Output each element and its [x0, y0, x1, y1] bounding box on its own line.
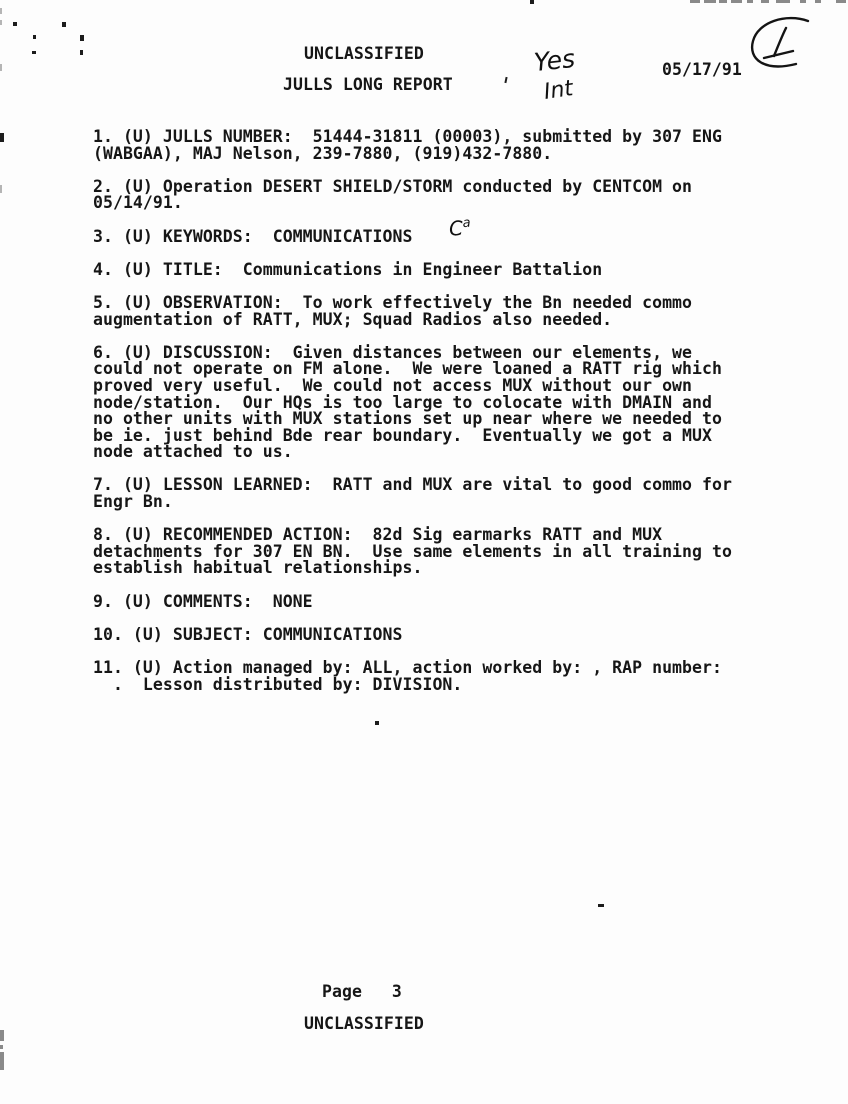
scan-artifact — [690, 0, 700, 3]
scan-artifact — [80, 50, 83, 55]
handwritten-int-annotation: Int — [542, 76, 574, 105]
scan-artifact — [719, 0, 727, 3]
scan-artifact — [62, 22, 66, 27]
scan-artifact — [598, 904, 604, 907]
report-item-11: 11. (U) Action managed by: ALL, action w… — [93, 660, 773, 693]
scan-artifact — [375, 721, 379, 725]
scan-artifact — [0, 1030, 4, 1041]
scan-artifact — [80, 35, 84, 41]
handwritten-yes-annotation: Yes — [533, 44, 577, 77]
report-item-8: 8. (U) RECOMMENDED ACTION: 82d Sig earma… — [93, 527, 773, 577]
report-item-10: 10. (U) SUBJECT: COMMUNICATIONS — [93, 627, 773, 644]
page-title: JULLS LONG REPORT — [283, 77, 453, 94]
scan-artifact — [800, 0, 806, 3]
report-item-3: 3. (U) KEYWORDS: COMMUNICATIONS — [93, 229, 773, 246]
scan-artifact — [0, 1045, 3, 1049]
classification-header: UNCLASSIFIED — [304, 46, 424, 63]
scan-artifact — [0, 20, 2, 25]
scan-artifact — [704, 0, 716, 3]
report-item-7: 7. (U) LESSON LEARNED: RATT and MUX are … — [93, 477, 773, 510]
scan-artifact — [504, 77, 507, 83]
scan-artifact — [0, 64, 2, 71]
report-date: 05/17/91 — [662, 62, 742, 79]
classification-footer: UNCLASSIFIED — [304, 1016, 424, 1033]
scan-artifact — [0, 8, 2, 14]
scan-artifact — [530, 0, 534, 4]
scan-artifact — [761, 0, 769, 3]
scan-artifact — [815, 0, 821, 3]
handwritten-circled-one-mark — [744, 14, 822, 76]
scan-artifact — [0, 185, 2, 193]
scan-artifact — [776, 0, 790, 3]
report-item-1: 1. (U) JULLS NUMBER: 51444-31811 (00003)… — [93, 129, 773, 162]
scan-artifact — [0, 133, 4, 142]
scan-artifact — [33, 35, 36, 39]
report-body: 1. (U) JULLS NUMBER: 51444-31811 (00003)… — [93, 129, 773, 710]
report-item-6: 6. (U) DISCUSSION: Given distances betwe… — [93, 345, 773, 461]
report-item-5: 5. (U) OBSERVATION: To work effectively … — [93, 295, 773, 328]
page-number: Page 3 — [322, 984, 402, 1001]
scan-artifact — [13, 22, 17, 26]
scan-artifact — [731, 0, 742, 3]
report-item-2: 2. (U) Operation DESERT SHIELD/STORM con… — [93, 179, 773, 212]
scan-artifact — [32, 51, 36, 54]
scan-artifact — [747, 0, 753, 3]
scan-artifact — [836, 0, 846, 3]
scan-artifact — [0, 1052, 4, 1070]
report-item-4: 4. (U) TITLE: Communications in Engineer… — [93, 262, 773, 279]
report-item-9: 9. (U) COMMENTS: NONE — [93, 594, 773, 611]
